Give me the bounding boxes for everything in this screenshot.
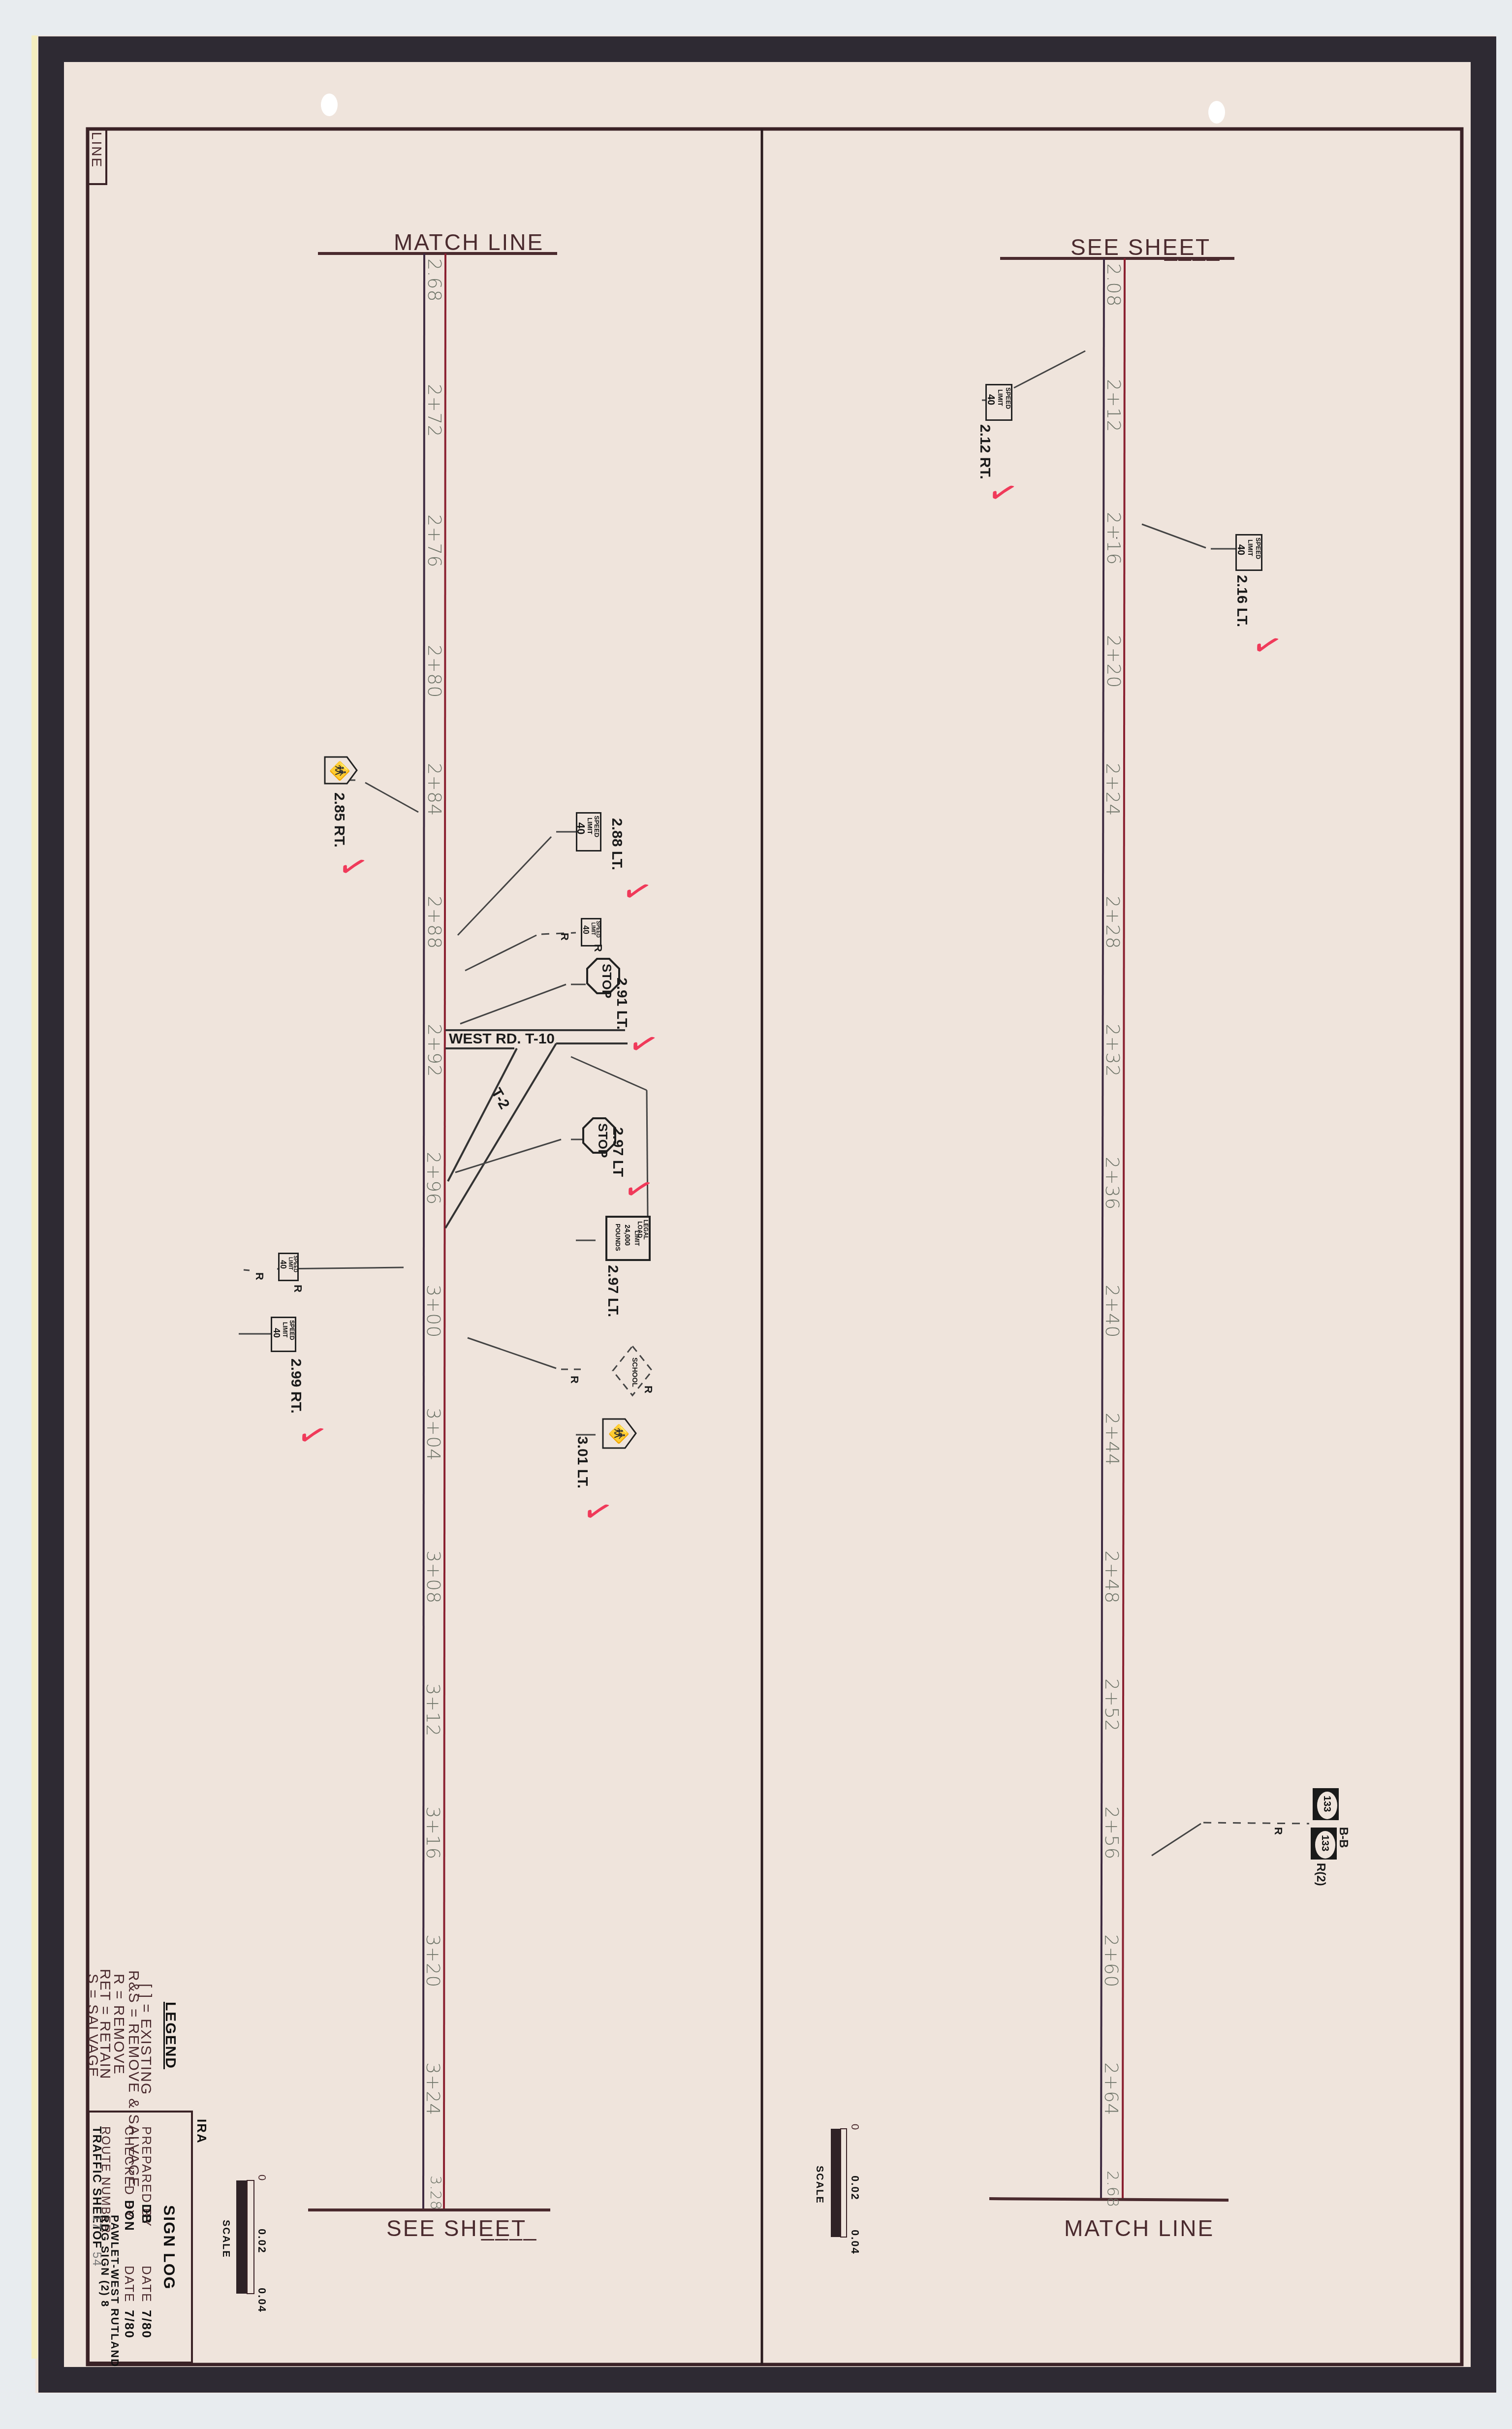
- station: 2.08: [1103, 263, 1125, 307]
- speed-limit-sign[interactable]: SPEED LIMIT 40: [1235, 534, 1262, 571]
- station: 2+12: [1103, 379, 1125, 432]
- station: 2+80: [424, 645, 445, 698]
- right-see-sheet-blank[interactable]: ____: [1165, 235, 1221, 262]
- sheet-title: SIGN LOG: [160, 2205, 178, 2290]
- sign-station-label: 2.12 RT.: [976, 424, 993, 479]
- station: 3+08: [423, 1550, 444, 1604]
- agency-label: IRA: [194, 2119, 209, 2144]
- legal-load-limit-sign[interactable]: LEGAL LOAD LIMIT 24,000 POUNDS: [605, 1216, 651, 1261]
- prepared-by-value: DB: [139, 2204, 154, 2225]
- scale-tick: 0.04: [255, 2288, 268, 2313]
- route-shield-sign[interactable]: 133: [1313, 1788, 1339, 1820]
- sign-station-label: 2.97 LT.: [604, 1265, 621, 1317]
- scale-tick: 0: [849, 2124, 861, 2131]
- station: 2+56: [1101, 1806, 1123, 1860]
- legend-title: LEGEND: [162, 2002, 179, 2069]
- scale-tick: 0.02: [255, 2229, 268, 2254]
- station: 2+88: [424, 896, 445, 949]
- legend-item: S = SALVAGE: [84, 1974, 101, 2078]
- sheet-of: OF: [90, 2231, 103, 2249]
- sign-station-label: 2.91 LT.: [613, 978, 630, 1030]
- stop-sign-text[interactable]: STOP: [599, 964, 614, 998]
- sheet-number: 17: [90, 2215, 103, 2230]
- station: 2+72: [424, 384, 445, 437]
- sign-log-sheet: LINE MATCH LINE SEE SHEET ____ 2.68 2+72…: [0, 0, 1512, 2429]
- station: 2+20: [1103, 635, 1125, 688]
- west-road-label: WEST RD. T-10: [449, 1031, 555, 1047]
- station: 3+04: [423, 1408, 444, 1461]
- remove-status: R: [253, 1272, 266, 1280]
- remove-status: R: [568, 1376, 581, 1384]
- station: 2+60: [1101, 1934, 1122, 1987]
- scale-tick: 0.04: [849, 2230, 861, 2255]
- station: 2+84: [424, 763, 445, 816]
- station: 2+40: [1102, 1285, 1123, 1338]
- sign-station-label: 2.97 LT: [609, 1127, 626, 1177]
- prepared-date: 7/80: [139, 2310, 154, 2339]
- checked-by-value: DON: [122, 2200, 137, 2232]
- scale-tick: 0.02: [849, 2176, 861, 2201]
- remove-status: R: [642, 1386, 655, 1393]
- sign-station-label: 2.88 LT.: [608, 818, 625, 870]
- station: 2+48: [1101, 1550, 1123, 1604]
- station: 2+64: [1101, 2062, 1122, 2115]
- station: 2+32: [1102, 1024, 1124, 1077]
- remove-status: R: [1272, 1827, 1285, 1835]
- remove-status: R(2): [1314, 1863, 1327, 1886]
- station: 2+44: [1102, 1413, 1123, 1466]
- remove-status: R: [592, 944, 604, 952]
- station: 3+20: [422, 1934, 444, 1987]
- scale-label: SCALE: [220, 2220, 231, 2258]
- speed-limit-sign[interactable]: SPEED LIMIT 40: [576, 812, 601, 852]
- left-top-match-line-label: MATCH LINE: [394, 229, 544, 255]
- prepared-date-label: DATE: [139, 2266, 154, 2303]
- drawing-linework: [0, 0, 1512, 2429]
- scale-tick: 0: [255, 2175, 268, 2181]
- sign-station-label: 2.85 RT.: [331, 792, 347, 848]
- checked-date-label: DATE: [122, 2266, 137, 2303]
- station: 2+28: [1102, 896, 1124, 949]
- station: 2.68: [424, 258, 445, 302]
- inner-border: [88, 129, 1462, 2365]
- sign-station-label: 2.16 LT.: [1233, 575, 1250, 627]
- station: 2.68: [1103, 2171, 1122, 2208]
- station: 2+92: [424, 1024, 445, 1077]
- sheet-total: 54: [90, 2252, 103, 2267]
- pedestrian-crossing-icon: 🚸: [329, 760, 350, 783]
- speed-limit-sign[interactable]: SPEED LIMIT 40: [271, 1317, 296, 1352]
- remove-status: R: [558, 933, 571, 941]
- scale-label: SCALE: [814, 2166, 825, 2204]
- station: 3+00: [423, 1285, 444, 1338]
- school-sign-text[interactable]: SCHOOL: [631, 1357, 639, 1387]
- station: 3+16: [422, 1806, 444, 1860]
- corner-tab-label: LINE: [89, 132, 104, 168]
- station: 2+36: [1102, 1157, 1123, 1210]
- speed-limit-sign-existing[interactable]: SPEED LIMIT 40: [581, 918, 601, 946]
- speed-limit-sign-existing[interactable]: SPEED LIMIT 40: [278, 1253, 299, 1281]
- station: 2+16: [1103, 512, 1125, 565]
- sign-type-label: B-B: [1336, 1827, 1350, 1848]
- checked-date: 7/80: [122, 2310, 137, 2339]
- route-shield-sign[interactable]: 133: [1311, 1828, 1337, 1860]
- outer-frame: [51, 49, 1483, 2380]
- sign-station-label: 3.01 LT.: [574, 1436, 591, 1488]
- left-see-sheet-blank[interactable]: ____: [481, 2215, 537, 2241]
- station: 2+24: [1102, 763, 1124, 816]
- right-bottom-match-line-label: MATCH LINE: [1064, 2215, 1214, 2241]
- station: 3+24: [422, 2062, 444, 2115]
- station: 2+96: [423, 1152, 444, 1205]
- station: 2+76: [424, 514, 445, 568]
- sign-station-label: 2.99 RT.: [287, 1358, 304, 1414]
- remove-status: R: [291, 1285, 304, 1293]
- pedestrian-crossing-icon: 🚸: [608, 1423, 629, 1446]
- station: 3+12: [422, 1683, 444, 1736]
- stop-sign-text[interactable]: STOP: [595, 1123, 610, 1158]
- station: 3.28: [427, 2176, 444, 2210]
- speed-limit-sign[interactable]: SPEED LIMIT 40: [985, 384, 1012, 421]
- station: 2+52: [1101, 1678, 1123, 1732]
